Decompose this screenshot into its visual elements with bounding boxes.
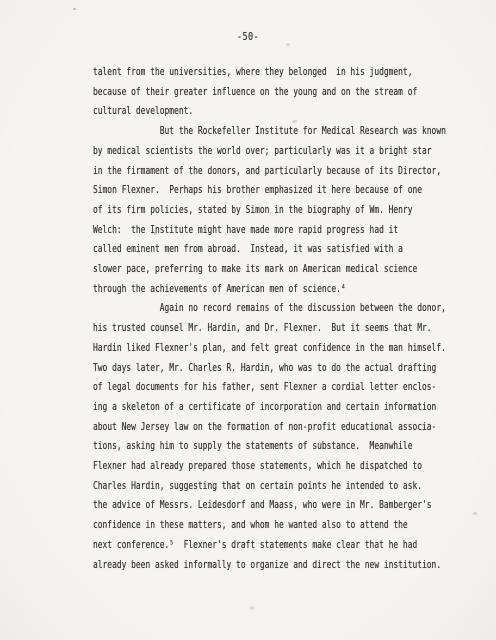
scan-speck bbox=[73, 8, 76, 10]
scan-speck bbox=[154, 232, 157, 235]
document-body-text: talent from the universities, where they… bbox=[93, 62, 446, 574]
scan-speck bbox=[292, 120, 297, 123]
page-number: -50- bbox=[55, 30, 442, 43]
manuscript-page: -50- talent from the universities, where… bbox=[0, 0, 496, 640]
scan-speck bbox=[249, 606, 255, 610]
scan-speck bbox=[286, 43, 290, 46]
scan-speck bbox=[473, 512, 477, 515]
